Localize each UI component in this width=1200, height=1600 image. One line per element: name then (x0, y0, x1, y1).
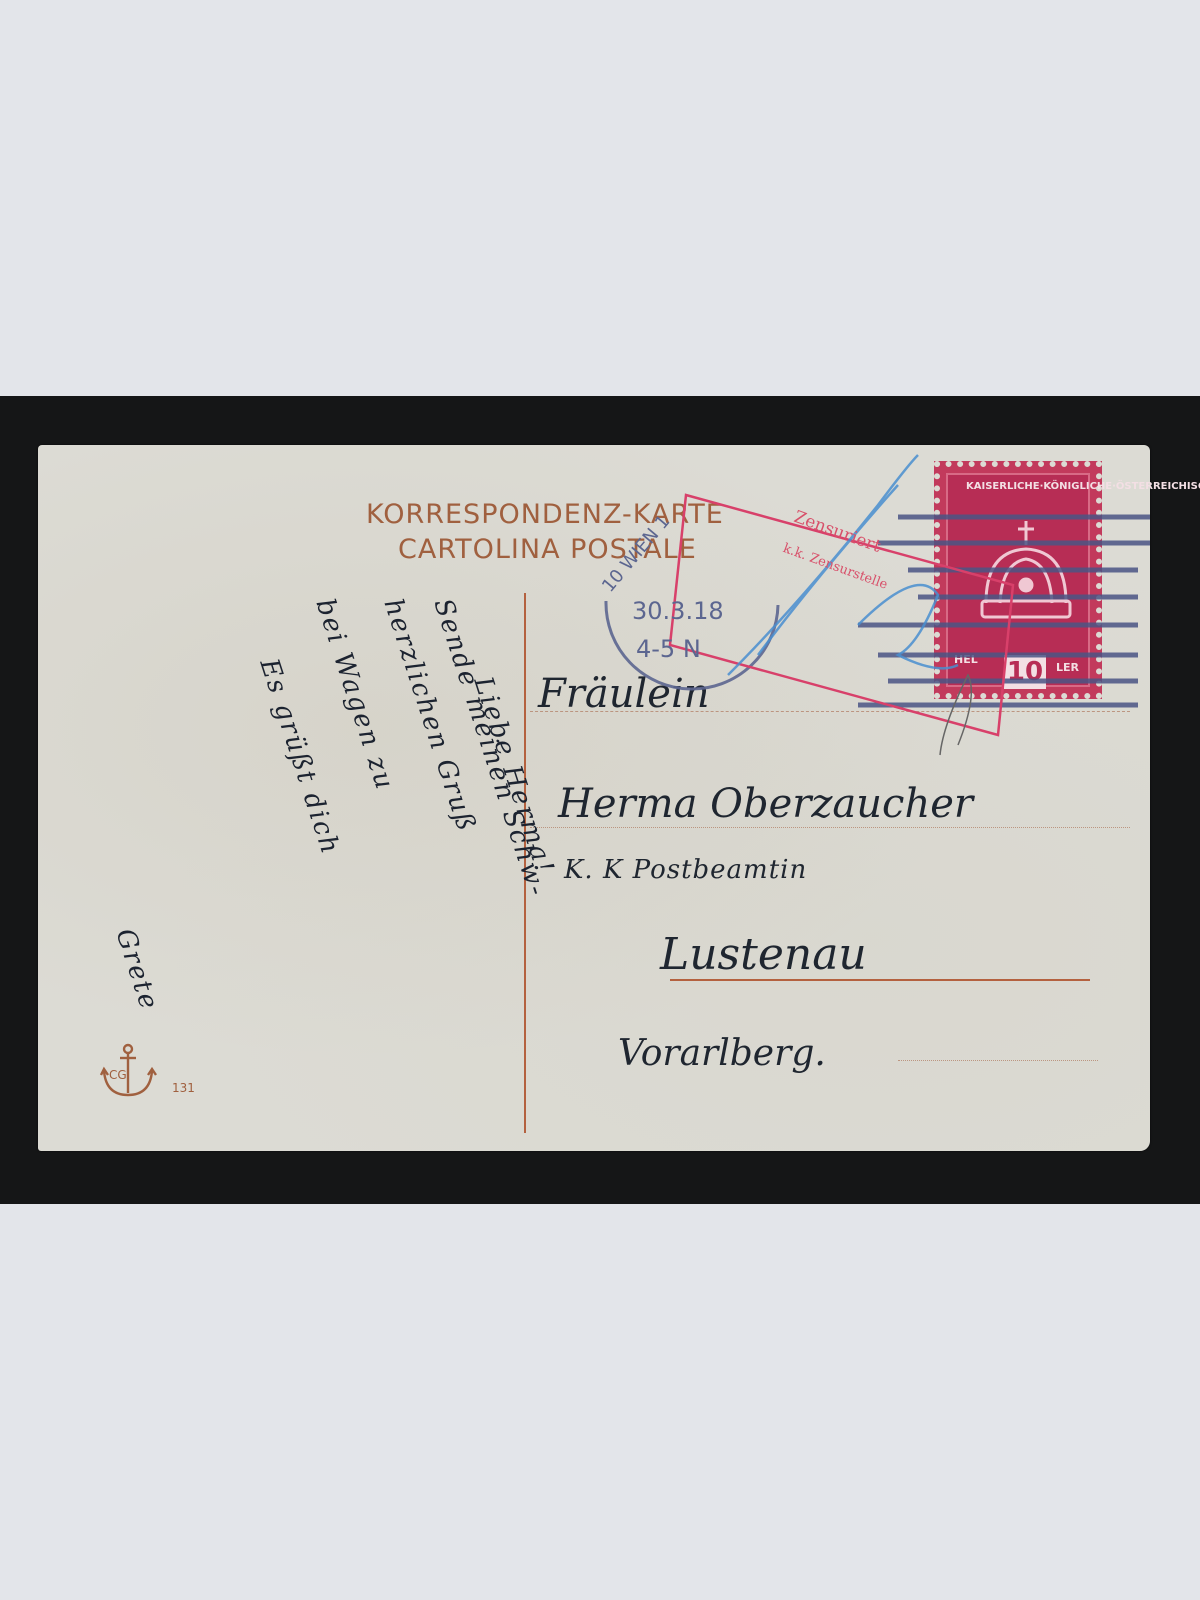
postcard: KORRESPONDENZ-KARTE CARTOLINA POSTALE Fr… (38, 445, 1150, 1151)
postmark-time: 4-5 N (636, 635, 701, 663)
postmark-date: 30.3.18 (632, 597, 724, 625)
postal-markings (38, 445, 1150, 1151)
